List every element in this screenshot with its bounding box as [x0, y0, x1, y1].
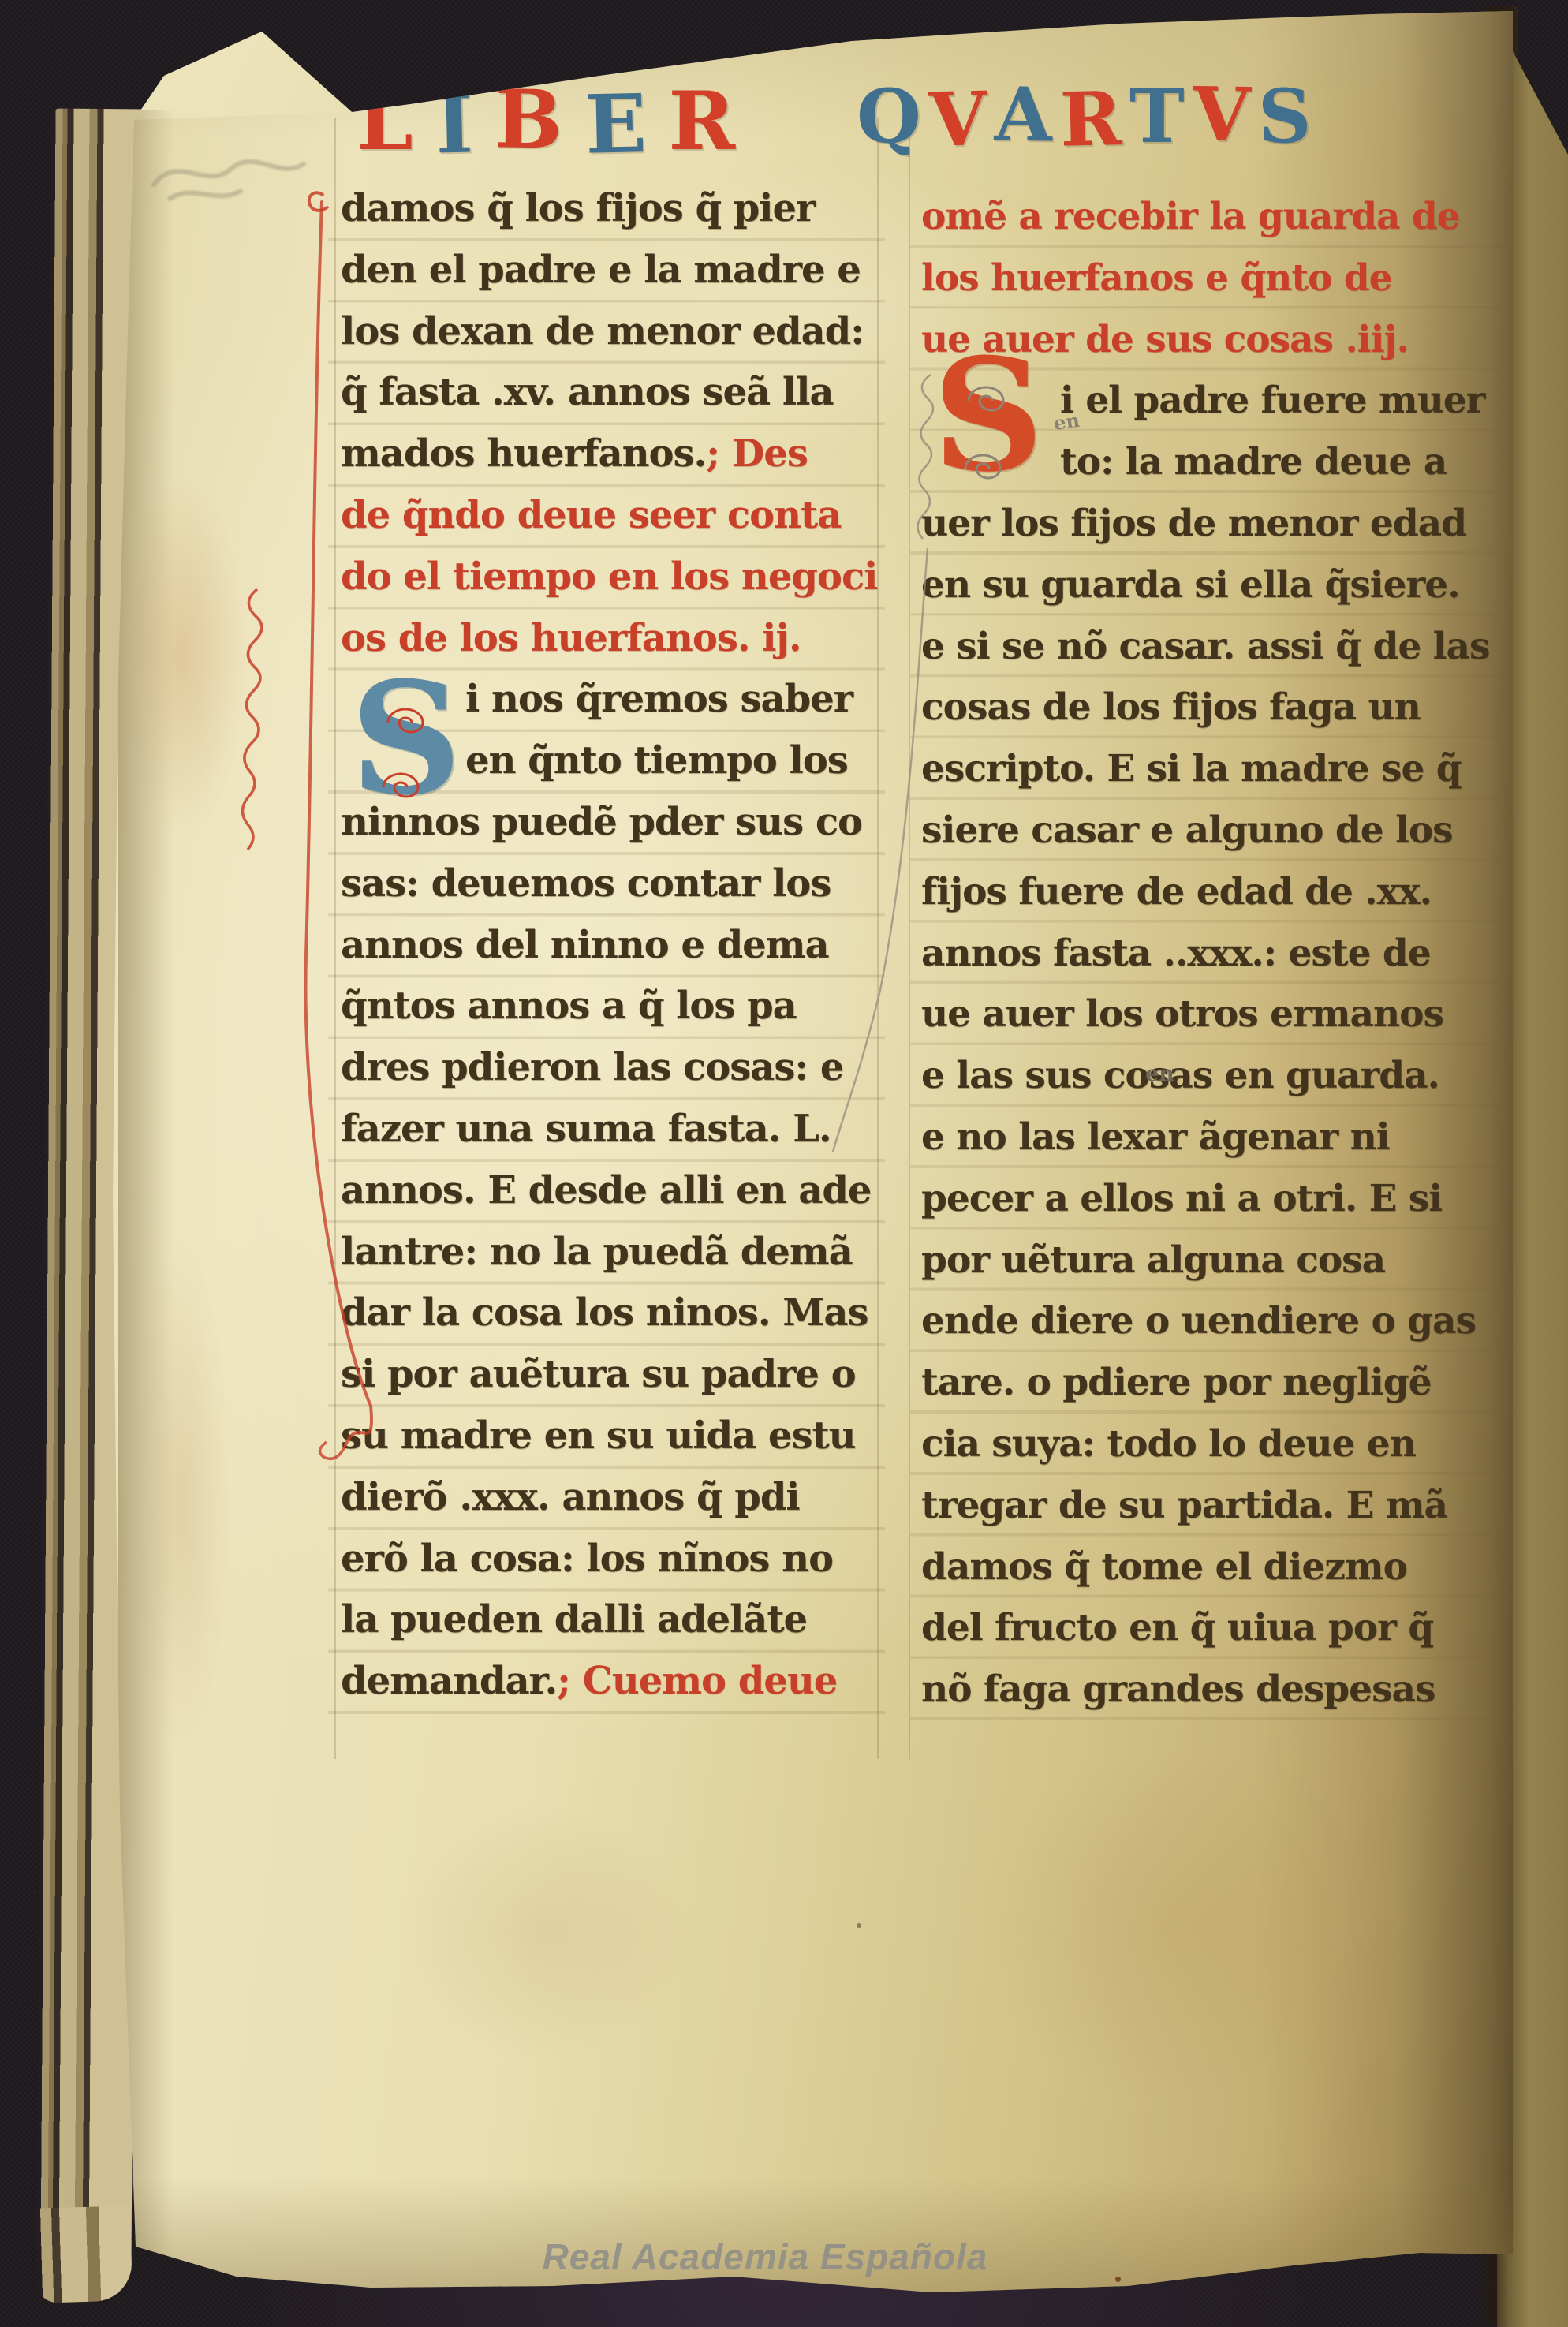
watermark-text: Real Academia Española	[505, 2235, 1025, 2278]
rubric-text: los huerfanos e q̃nto de	[921, 256, 1392, 300]
body-text: annos fasta ..xxx.: este de	[921, 932, 1431, 975]
header-letter: R	[668, 77, 735, 166]
text-line: erõ la cosa: los nĩnos no	[341, 1529, 882, 1590]
body-text: escripto. E si la madre se q̃	[921, 747, 1462, 790]
pencil-inscription	[146, 136, 319, 222]
ink-speck	[1115, 2277, 1121, 2282]
body-text: cosas de los fijos faga un	[921, 685, 1421, 729]
body-text: to: la madre deue a	[1060, 440, 1447, 484]
header-letter: V	[1192, 70, 1249, 159]
text-line: q̃ fasta .xv. annos seã lla	[341, 362, 882, 424]
text-line: dar la cosa los ninos. Mas	[341, 1283, 882, 1344]
header-quartus: QVARTVS	[857, 73, 1310, 161]
text-line: por uẽtura alguna cosa	[921, 1230, 1508, 1291]
text-line: en su guarda si ella q̃siere.	[921, 555, 1508, 616]
body-text: su madre en su uida estu	[341, 1414, 856, 1458]
text-line: omẽ a recebir la guarda de	[921, 186, 1508, 248]
text-line: e no las lexar ãgenar ni	[921, 1107, 1508, 1168]
drop-cap-red-s: S	[932, 357, 1040, 514]
body-text: en q̃nto tiempo los	[465, 738, 848, 783]
text-line: den el padre e la madre e	[341, 240, 882, 301]
ink-speck	[857, 1923, 861, 1928]
text-line: tregar de su partida. E mã	[921, 1475, 1508, 1537]
body-text: fazer una suma fasta. L.	[341, 1107, 831, 1151]
text-line: tare. o pdiere por negligẽ	[921, 1352, 1508, 1414]
text-line: lantre: no la puedã demã	[341, 1222, 882, 1283]
parchment-page: LIBER QVARTVS damos q̃ los fijos q̃ pier…	[0, 0, 1568, 2327]
body-text: e no las lexar ãgenar ni	[921, 1115, 1390, 1159]
left-edge-shading	[118, 110, 174, 2272]
header-letter: R	[1059, 75, 1121, 165]
text-line: annos fasta ..xxx.: este de	[921, 923, 1508, 984]
filigree-gray	[939, 368, 1033, 510]
text-line: mados huerfanos.; Des	[341, 424, 882, 485]
rubric-text: ; Cuemo deue	[557, 1659, 837, 1703]
body-text: los dexan de menor edad:	[341, 309, 864, 353]
header-letter: S	[1258, 73, 1310, 161]
text-line: pecer a ellos ni a otri. E si	[921, 1168, 1508, 1230]
rubric-text: omẽ a recebir la guarda de	[921, 195, 1460, 238]
body-text: dierõ .xxx. annos q̃ pdi	[341, 1475, 800, 1519]
body-text: mados huerfanos.	[341, 431, 706, 476]
text-line: q̃ntos annos a q̃ los pa	[341, 976, 882, 1037]
body-text: pecer a ellos ni a otri. E si	[921, 1177, 1442, 1220]
text-line: ue auer los otros ermanos	[921, 984, 1508, 1045]
text-line: cia suya: todo lo deue en	[921, 1414, 1508, 1475]
header-letter: Q	[857, 73, 920, 161]
body-text: cia suya: todo lo deue en	[921, 1422, 1416, 1466]
text-line: demandar.; Cuemo deue	[341, 1651, 882, 1713]
text-line: de q̃ndo deue seer conta	[341, 485, 882, 547]
body-text: por uẽtura alguna cosa	[921, 1238, 1385, 1282]
body-text: damos q̃ tome el diezmo	[921, 1545, 1407, 1589]
interlinear-gloss: en	[1145, 1062, 1174, 1086]
header-letter: V	[928, 75, 986, 164]
body-text: q̃ fasta .xv. annos seã lla	[341, 370, 833, 414]
text-line: damos q̃ los fijos q̃ pier	[341, 178, 882, 240]
rubric-text: de q̃ndo deue seer conta	[341, 493, 841, 537]
text-line: sas: deuemos contar los	[341, 853, 882, 915]
text-line: los dexan de menor edad:	[341, 301, 882, 363]
body-text: si por auẽtura su padre o	[341, 1352, 856, 1396]
text-line: dres pdieron las cosas: e	[341, 1037, 882, 1099]
body-text: q̃ntos annos a q̃ los pa	[341, 984, 797, 1028]
body-text: dres pdieron las cosas: e	[341, 1045, 843, 1089]
text-column-left: damos q̃ los fijos q̃ pierden el padre e…	[341, 178, 882, 1713]
body-text: demandar.	[341, 1659, 557, 1703]
body-text: annos del ninno e dema	[341, 923, 829, 967]
text-line: los huerfanos e q̃nto de	[921, 248, 1508, 309]
header-letter: A	[994, 70, 1051, 159]
body-text: la pueden dalli adelãte	[341, 1597, 807, 1642]
body-text: tare. o pdiere por negligẽ	[921, 1361, 1432, 1404]
body-text: fijos fuere de edad de .xx.	[921, 870, 1432, 913]
text-line: nõ faga grandes despesas	[921, 1659, 1508, 1720]
parchment-stain	[331, 1751, 757, 2114]
text-line: damos q̃ tome el diezmo	[921, 1537, 1508, 1598]
text-line: e las sus cosas en guarda.	[921, 1045, 1508, 1107]
text-line: cosas de los fijos faga un	[921, 677, 1508, 738]
body-text: nõ faga grandes despesas	[921, 1668, 1435, 1711]
body-text: erõ la cosa: los nĩnos no	[341, 1537, 833, 1581]
body-text: damos q̃ los fijos q̃ pier	[341, 186, 815, 230]
header-letter: E	[584, 80, 647, 170]
text-line: del fructo en q̃ uiua por q̃	[921, 1597, 1508, 1659]
text-line: fazer una suma fasta. L.	[341, 1099, 882, 1160]
rubric-text: do el tiempo en los negoci	[341, 555, 877, 599]
body-text: siere casar e alguno de los	[921, 809, 1453, 852]
body-text: i nos q̃remos saber	[465, 677, 853, 721]
body-text: e las sus cosas en guarda.	[921, 1054, 1439, 1097]
text-line: ende diere o uendiere o gas	[921, 1290, 1508, 1352]
text-line: do el tiempo en los negoci	[341, 547, 882, 608]
body-text: tregar de su partida. E mã	[921, 1484, 1447, 1527]
body-text: del fructo en q̃ uiua por q̃	[921, 1606, 1433, 1649]
body-text: den el padre e la madre e	[341, 248, 861, 292]
text-line: annos. E desde alli en ade	[341, 1160, 882, 1222]
body-text: annos. E desde alli en ade	[341, 1168, 871, 1212]
body-text: en su guarda si ella q̃siere.	[921, 563, 1460, 607]
interlinear-gloss: en	[1052, 409, 1081, 435]
body-text: i el padre fuere muer	[1060, 379, 1484, 422]
text-line: siere casar e alguno de los	[921, 800, 1508, 861]
vertical-ruling	[334, 118, 336, 1759]
body-text: lantre: no la puedã demã	[341, 1230, 853, 1274]
body-text: dar la cosa los ninos. Mas	[341, 1290, 868, 1335]
text-line: su madre en su uida estu	[341, 1406, 882, 1467]
text-line: dierõ .xxx. annos q̃ pdi	[341, 1467, 882, 1529]
text-line: escripto. E si la madre se q̃	[921, 738, 1508, 800]
body-text: e si se nõ casar. assi q̃ de las	[921, 625, 1489, 668]
rubric-text: ; Des	[706, 431, 808, 476]
filigree-red	[357, 691, 451, 825]
header-letter: T	[1129, 73, 1183, 161]
text-line: fijos fuere de edad de .xx.	[921, 861, 1508, 923]
body-text: ue auer los otros ermanos	[921, 992, 1443, 1036]
manuscript-scan: LIBER QVARTVS damos q̃ los fijos q̃ pier…	[0, 0, 1568, 2327]
text-line: e si se nõ casar. assi q̃ de las	[921, 616, 1508, 678]
body-text: ende diere o uendiere o gas	[921, 1299, 1476, 1343]
drop-cap-blue-s: S	[350, 680, 457, 830]
vertical-ruling	[909, 118, 910, 1759]
text-line: annos del ninno e dema	[341, 915, 882, 977]
text-line: la pueden dalli adelãte	[341, 1589, 882, 1651]
text-line: si por auẽtura su padre o	[341, 1344, 882, 1406]
body-text: sas: deuemos contar los	[341, 861, 831, 906]
